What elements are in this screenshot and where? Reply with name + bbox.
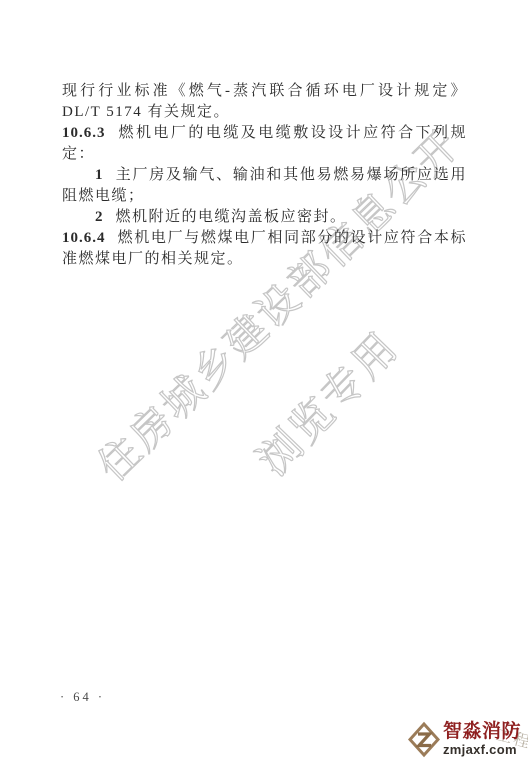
clause-10-6-4: 10.6.4燃机电厂与燃煤电厂相同部分的设计应符合本标准燃煤电厂的相关规定。: [62, 228, 467, 270]
logo-text: 智淼消防 zmjaxf.com: [443, 721, 521, 757]
paragraph-continuation: 现行行业标准《燃气-蒸汽联合循环电厂设计规定》DL/T 5174 有关规定。: [62, 81, 467, 123]
clause-10-6-3: 10.6.3燃机电厂的电缆及电缆敷设设计应符合下列规定：: [62, 123, 467, 165]
list-item-2: 2燃机附近的电缆沟盖板应密封。: [62, 207, 467, 228]
logo-name: 智淼消防: [443, 721, 521, 742]
item-number: 2: [95, 209, 104, 225]
logo-domain: zmjaxf.com: [443, 742, 521, 757]
watermark-line-2: 浏览专用: [252, 325, 407, 484]
clause-number: 10.6.4: [62, 230, 106, 246]
site-logo: 工程 智淼消防 zmjaxf.com: [406, 719, 528, 763]
clause-number: 10.6.3: [62, 125, 106, 141]
item-text: 燃机附近的电缆沟盖板应密封。: [116, 209, 347, 225]
item-text: 主厂房及输气、输油和其他易燃易爆场所应选用阻燃电缆；: [62, 167, 467, 204]
item-number: 1: [95, 167, 104, 183]
document-page: 住房城乡建设部信息公开 浏览专用 现行行业标准《燃气-蒸汽联合循环电厂设计规定》…: [0, 0, 528, 766]
list-item-1: 1主厂房及输气、输油和其他易燃易爆场所应选用阻燃电缆；: [62, 165, 467, 207]
page-number: · 64 ·: [60, 690, 105, 705]
paragraph-text: 现行行业标准《燃气-蒸汽联合循环电厂设计规定》DL/T 5174 有关规定。: [62, 83, 467, 120]
clause-text: 燃机电厂与燃煤电厂相同部分的设计应符合本标准燃煤电厂的相关规定。: [62, 230, 467, 267]
clause-text: 燃机电厂的电缆及电缆敷设设计应符合下列规定：: [62, 125, 467, 162]
body-text: 现行行业标准《燃气-蒸汽联合循环电厂设计规定》DL/T 5174 有关规定。 1…: [62, 81, 467, 270]
diamond-z-icon: [408, 721, 440, 758]
